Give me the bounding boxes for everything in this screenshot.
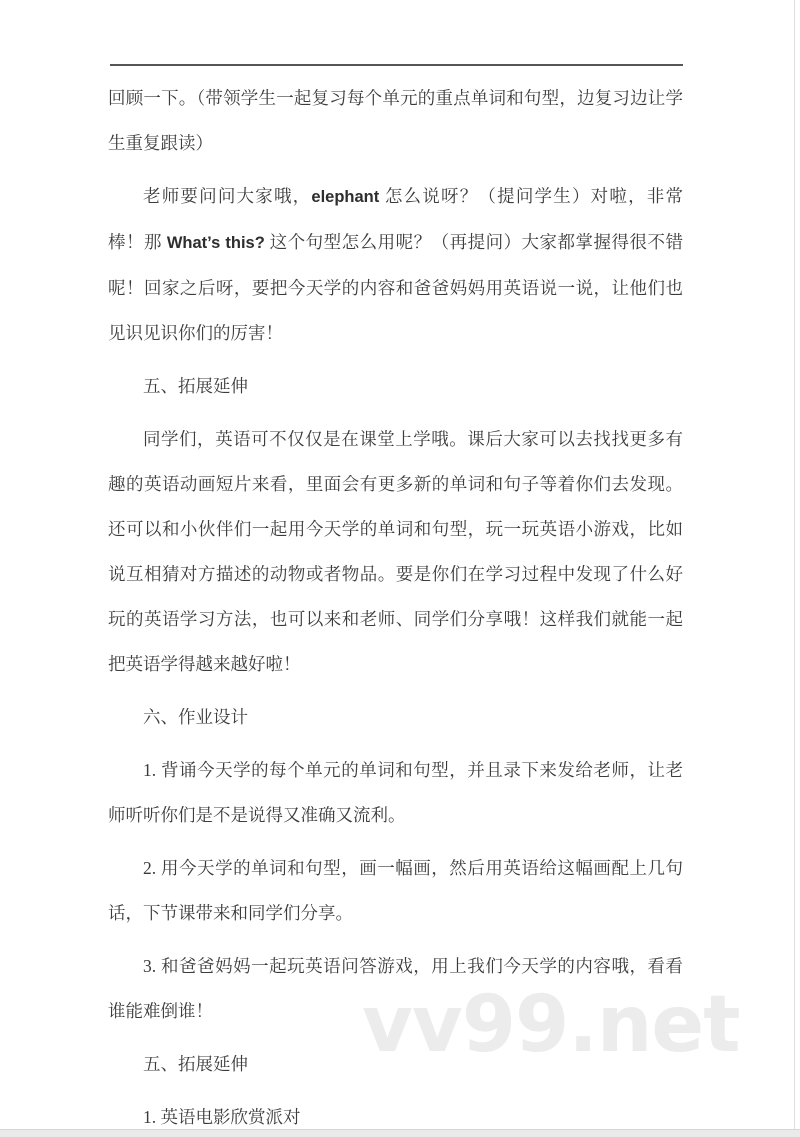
paragraph: 1. 背诵今天学的每个单元的单词和句型，并且录下来发给老师，让老师听听你们是不是…: [108, 748, 683, 838]
text-run: 五、拓展延伸: [143, 376, 248, 396]
page-right-edge: [794, 0, 795, 1130]
text-run: 五、拓展延伸: [143, 1054, 248, 1074]
text-run: 同学们，英语可不仅仅是在课堂上学哦。课后大家可以去找找更多有趣的英语动画短片来看…: [108, 429, 683, 674]
header-rule: [110, 64, 683, 66]
paragraph: 3. 和爸爸妈妈一起玩英语问答游戏，用上我们今天学的内容哦，看看谁能难倒谁！: [108, 944, 683, 1034]
text-run: 六、作业设计: [143, 707, 248, 727]
text-run: 1. 英语电影欣赏派对: [143, 1107, 301, 1127]
section-heading: 六、作业设计: [108, 695, 683, 740]
paragraph: 2. 用今天学的单词和句型，画一幅画，然后用英语给这幅画配上几句话，下节课带来和…: [108, 846, 683, 936]
section-heading: 五、拓展延伸: [108, 1042, 683, 1087]
paragraph: 同学们，英语可不仅仅是在课堂上学哦。课后大家可以去找找更多有趣的英语动画短片来看…: [108, 417, 683, 687]
section-heading: 五、拓展延伸: [108, 364, 683, 409]
paragraph: 1. 英语电影欣赏派对: [108, 1095, 683, 1137]
text-run: 老师要问问大家哦，: [143, 186, 311, 206]
english-phrase: elephant: [311, 188, 379, 206]
text-run: 1. 背诵今天学的每个单元的单词和句型，并且录下来发给老师，让老师听听你们是不是…: [108, 760, 683, 825]
document-page: vv99.net 回顾一下。（带领学生一起复习每个单元的重点单词和句型，边复习边…: [0, 0, 800, 1137]
text-run: 2. 用今天学的单词和句型，画一幅画，然后用英语给这幅画配上几句话，下节课带来和…: [108, 858, 683, 923]
text-run: 回顾一下。（带领学生一起复习每个单元的重点单词和句型，边复习边让学生重复跟读）: [108, 88, 683, 153]
document-body: 回顾一下。（带领学生一起复习每个单元的重点单词和句型，边复习边让学生重复跟读）老…: [108, 76, 683, 1137]
paragraph: 老师要问问大家哦，elephant 怎么说呀？（提问学生）对啦，非常棒！那 Wh…: [108, 174, 683, 356]
english-phrase: What’s this?: [167, 234, 265, 252]
paragraph: 回顾一下。（带领学生一起复习每个单元的重点单词和句型，边复习边让学生重复跟读）: [108, 76, 683, 166]
text-run: 3. 和爸爸妈妈一起玩英语问答游戏，用上我们今天学的内容哦，看看谁能难倒谁！: [108, 956, 683, 1021]
